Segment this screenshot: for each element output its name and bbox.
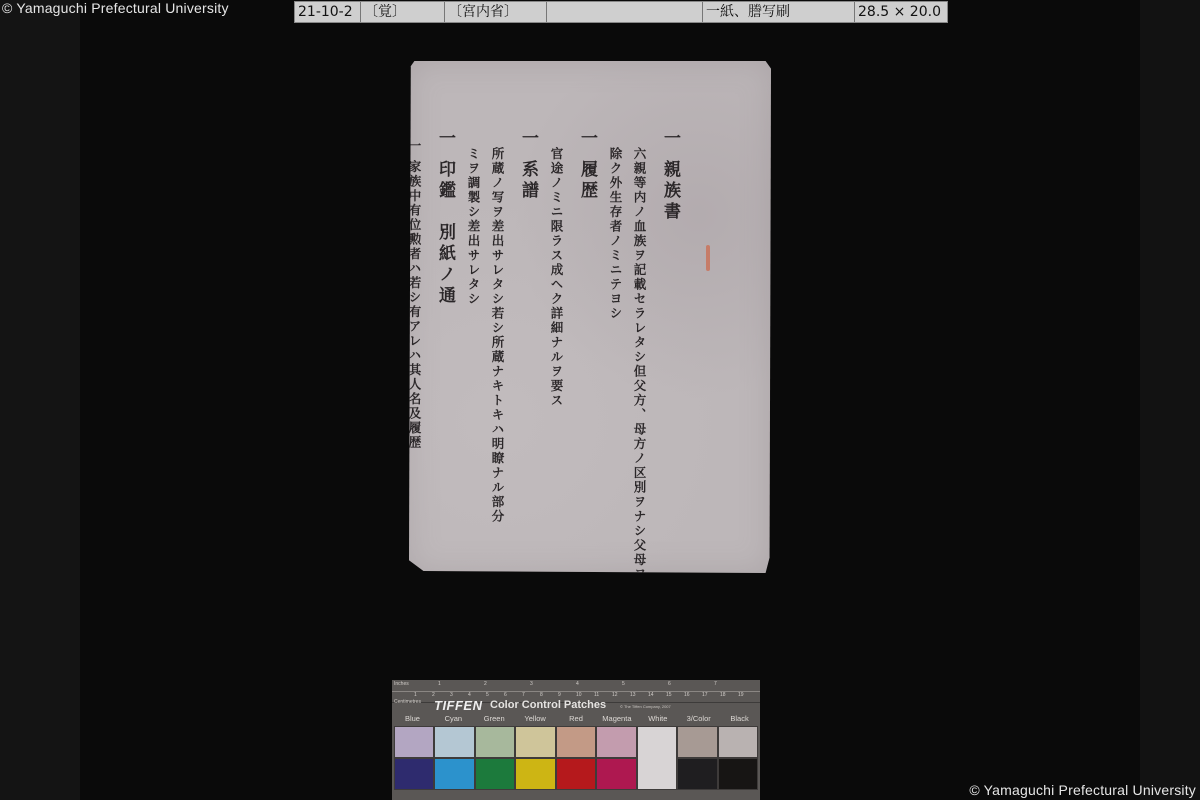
item-heading-seal: 一 印鑑 別紙ノ通	[433, 129, 458, 549]
patch-label: Cyan	[433, 714, 474, 726]
inch-tick: 7	[714, 681, 717, 687]
patch-green	[475, 758, 515, 790]
patch-label: Black	[719, 714, 760, 726]
patch-cyan	[434, 758, 474, 790]
patch-cyan-light	[434, 726, 474, 758]
red-stain-mark	[706, 245, 710, 271]
company-note: © The Tiffen Company, 2007	[620, 704, 671, 709]
inch-tick: 2	[484, 681, 487, 687]
patch-black-light	[718, 726, 758, 758]
patch-yellow-light	[515, 726, 555, 758]
document-text-vertical: 一 親族書 六親等内ノ血族ヲ記載セラレタシ但父方、母方ノ区別ヲナシ父母ヲ 除ク外…	[399, 129, 683, 549]
patch-green-light	[475, 726, 515, 758]
item-heading-family: 一 家族中有位勲者ハ若シ有アレハ其人名及履歴	[405, 129, 423, 549]
ruler-cm-label: Centimetres	[394, 699, 421, 705]
patch-blue-light	[394, 726, 434, 758]
dimensions-cell: 28.5 × 20.0	[855, 2, 947, 22]
item-body-line: ミヲ調製シ差出サレタシ	[464, 129, 482, 549]
copyright-watermark-top: © Yamaguchi Prefectural University	[2, 0, 229, 16]
inch-tick: 4	[576, 681, 579, 687]
patch-3color-light	[677, 726, 717, 758]
inch-tick: 5	[622, 681, 625, 687]
patch-yellow	[515, 758, 555, 790]
patch-label: White	[637, 714, 678, 726]
inch-tick: 6	[668, 681, 671, 687]
patch-blue	[394, 758, 434, 790]
catalog-number-cell: 21-10-2	[295, 2, 361, 22]
copyright-watermark-bottom: © Yamaguchi Prefectural University	[969, 782, 1196, 798]
patch-3color	[677, 758, 717, 790]
tiffen-logo: TIFFEN	[434, 698, 483, 713]
target-brand-row: Centimetres TIFFEN Color Control Patches…	[392, 698, 760, 714]
product-title: Color Control Patches	[490, 699, 606, 711]
color-control-target: Inches 1 2 3 4 5 6 7 1 2 3 4 5 6 7 8 9 1…	[392, 680, 760, 800]
color-patch-grid	[394, 726, 758, 790]
patch-label: Green	[474, 714, 515, 726]
item-heading-career: 一 履歴	[575, 129, 600, 549]
catalog-metadata-bar: 21-10-2 〔覚〕 〔宮内省〕 一紙、謄写刷 28.5 × 20.0	[294, 1, 948, 23]
format-cell: 一紙、謄写刷	[703, 2, 855, 22]
patch-red-light	[556, 726, 596, 758]
background-right-strip	[1140, 0, 1200, 800]
blank-cell	[547, 2, 703, 22]
item-body-line: 除ク外生存者ノミニテヨシ	[606, 129, 624, 549]
patch-magenta	[596, 758, 636, 790]
item-heading-kinship: 一 親族書	[658, 129, 683, 549]
background-left-strip	[0, 0, 80, 800]
document-paper: 一 親族書 六親等内ノ血族ヲ記載セラレタシ但父方、母方ノ区別ヲナシ父母ヲ 除ク外…	[409, 61, 771, 573]
patch-label: 3/Color	[678, 714, 719, 726]
patch-label-row: Blue Cyan Green Yellow Red Magenta White…	[392, 714, 760, 726]
patch-label: Yellow	[515, 714, 556, 726]
patch-label: Red	[556, 714, 597, 726]
document-title-cell: 〔覚〕	[361, 2, 445, 22]
patch-magenta-light	[596, 726, 636, 758]
inch-tick: 1	[438, 681, 441, 687]
item-heading-genealogy: 一 系譜	[516, 129, 541, 549]
item-body-line: 官途ノミニ限ラス成ヘク詳細ナルヲ要ス	[547, 129, 565, 549]
inch-tick: 3	[530, 681, 533, 687]
patch-label: Blue	[392, 714, 433, 726]
patch-label: Magenta	[596, 714, 637, 726]
patch-white	[637, 726, 677, 790]
item-body-line: 六親等内ノ血族ヲ記載セラレタシ但父方、母方ノ区別ヲナシ父母ヲ	[630, 129, 648, 549]
ruler-inches-label: Inches	[394, 681, 409, 687]
patch-red	[556, 758, 596, 790]
issuer-cell: 〔宮内省〕	[445, 2, 547, 22]
patch-black	[718, 758, 758, 790]
item-body-line: 所蔵ノ写ヲ差出サレタシ若シ所蔵ナキトキハ明瞭ナル部分	[488, 129, 506, 549]
